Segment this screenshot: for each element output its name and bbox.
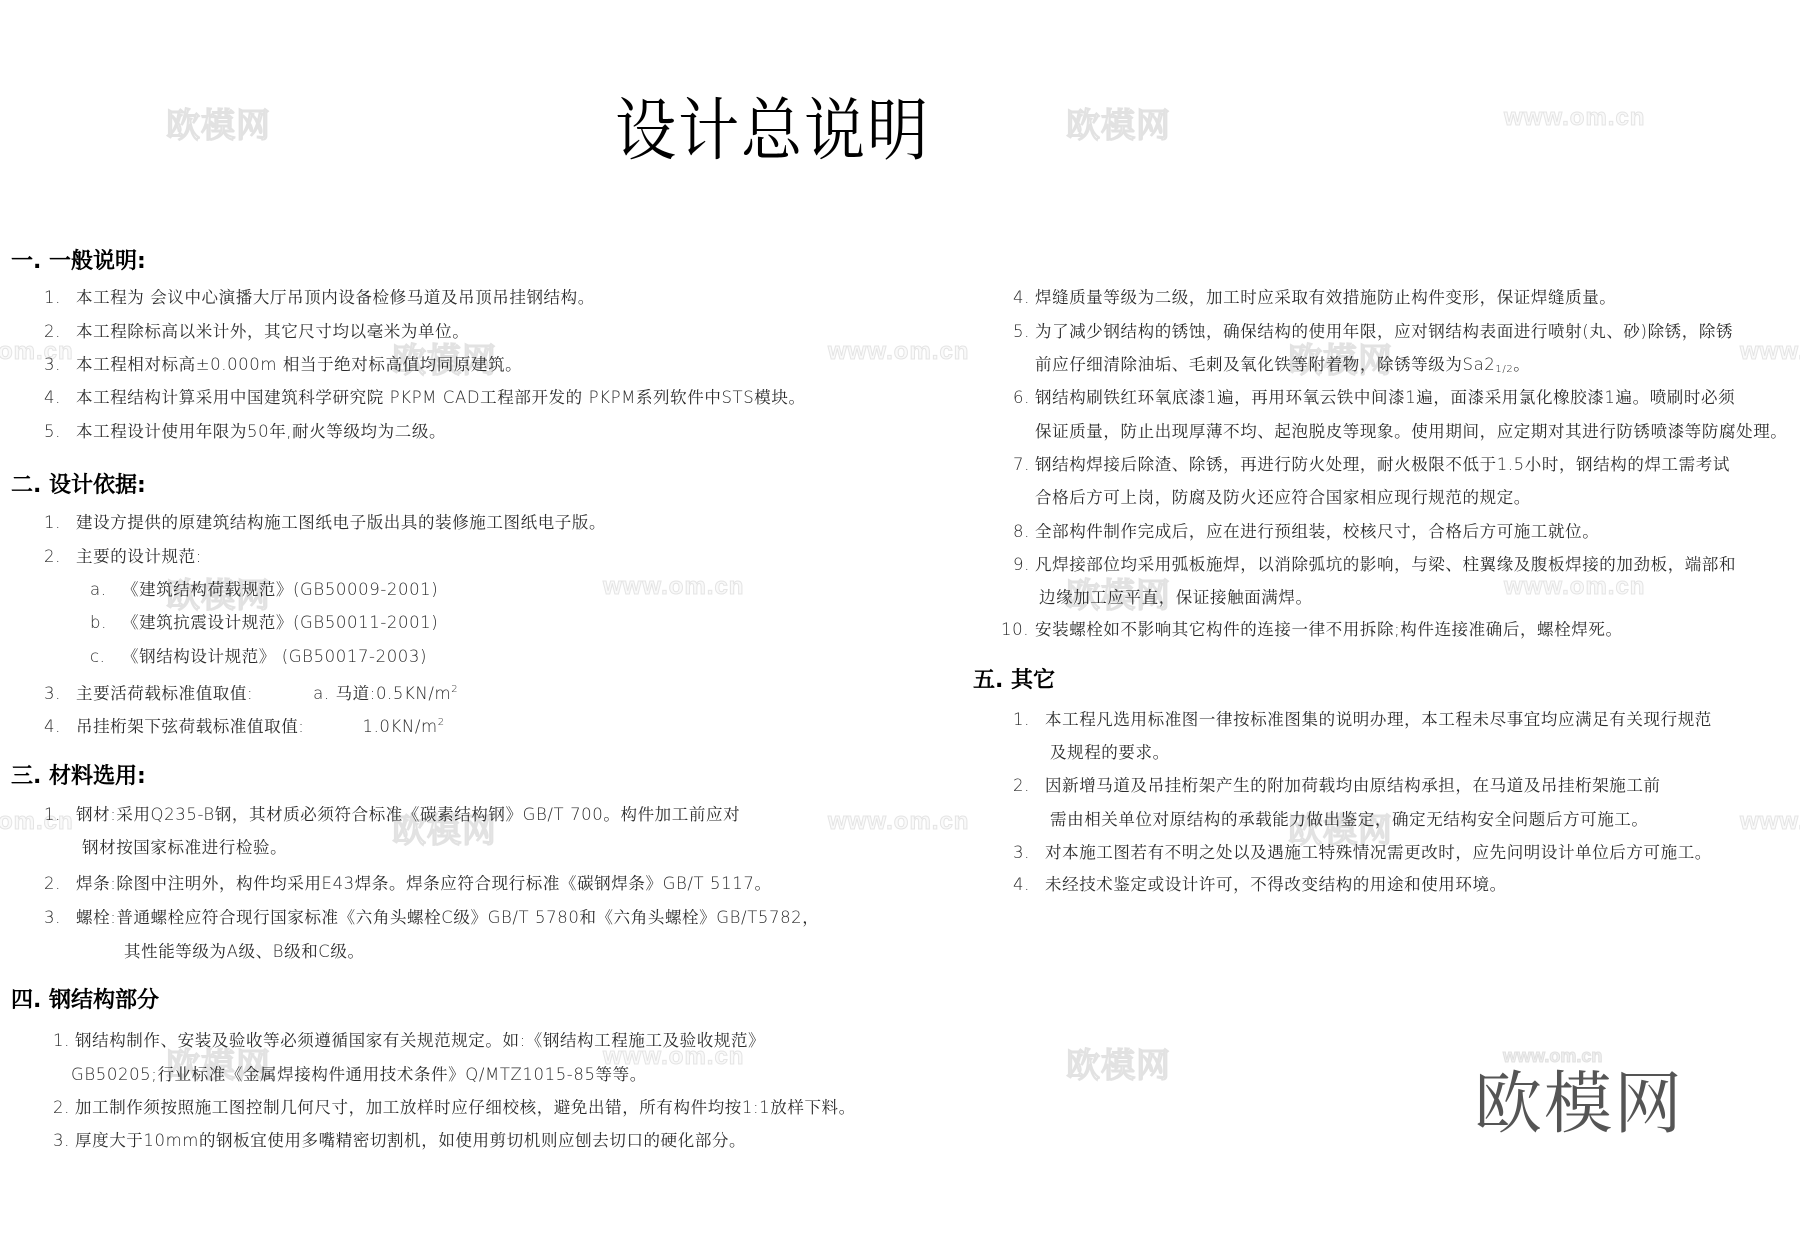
watermark-brand: 欧模网 — [1066, 98, 1171, 147]
watermark-url: www. — [1740, 808, 1800, 836]
list-item-code: c.《钢结构设计规范》 (GB50017-2003) — [90, 646, 427, 668]
brand-logo: 欧模网 — [1474, 1066, 1684, 1144]
list-item-continuation: GB50205;行业标准《金属焊接构件通用技术条件》Q/MTZ1015-85等等… — [71, 1064, 647, 1086]
watermark-url: www. — [1740, 338, 1800, 366]
watermark-url: www.om.cn — [828, 338, 969, 366]
list-item: 9.凡焊接部位均采用弧板施焊，以消除弧坑的影响，与梁、柱翼缘及腹板焊接的加劲板，… — [1013, 554, 1736, 576]
list-item: 5.为了减少钢结构的锈蚀，确保结构的使用年限，应对钢结构表面进行喷射(丸、砂)除… — [1013, 321, 1733, 343]
list-item-continuation: 需由相关单位对原结构的承载能力做出鉴定，确定无结构安全问题后方可施工。 — [1050, 809, 1649, 831]
list-item: 1.本工程为 会议中心演播大厅吊顶内设备检修马道及吊顶吊挂钢结构。 — [44, 287, 595, 309]
list-item: 3.对本施工图若有不明之处以及遇施工特殊情况需更改时，应先问明设计单位后方可施工… — [1013, 842, 1712, 864]
section-heading-general: 一. 一般说明: — [11, 248, 146, 276]
list-item: 3.螺栓:普通螺栓应符合现行国家标准《六角头螺栓C级》GB/T 5780和《六角… — [44, 907, 819, 929]
list-item: 1.建设方提供的原建筑结构施工图纸电子版出具的装修施工图纸电子版。 — [44, 512, 606, 534]
list-item: 2.主要的设计规范: — [44, 546, 202, 568]
list-item: 7.钢结构焊接后除渣、除锈，再进行防火处理，耐火极限不低于1.5小时，钢结构的焊… — [1013, 454, 1730, 476]
list-item: 4.未经技术鉴定或设计许可，不得改变结构的用途和使用环境。 — [1013, 874, 1507, 896]
list-item: 4.本工程结构计算采用中国建筑科学研究院 PKPM CAD工程部开发的 PKPM… — [44, 387, 806, 409]
list-item-continuation: 保证质量，防止出现厚薄不均、起泡脱皮等现象。使用期间，应定期对其进行防锈喷漆等防… — [1035, 421, 1787, 443]
watermark-brand: 欧模网 — [1066, 1038, 1171, 1087]
section-heading-materials: 三. 材料选用: — [11, 763, 146, 791]
section-heading-basis: 二. 设计依据: — [11, 472, 146, 500]
list-item: 1.钢结构制作、安装及验收等必须遵循国家有关规范规定。如:《钢结构工程施工及验收… — [53, 1030, 765, 1052]
watermark-url: www.om.cn — [1504, 573, 1645, 601]
list-item-code: a.《建筑结构荷载规范》(GB50009-2001) — [90, 579, 438, 601]
list-item: 4.焊缝质量等级为二级，加工时应采取有效措施防止构件变形，保证焊缝质量。 — [1013, 287, 1616, 309]
list-item-continuation: 边缘加工应平直，保证接触面满焊。 — [1039, 587, 1313, 609]
list-item: 3.主要活荷载标准值取值:a. 马道:0.5KN/m2 — [44, 679, 458, 705]
list-item: 1.钢材:采用Q235-B钢，其材质必须符合标准《碳素结构钢》GB/T 700。… — [44, 804, 740, 826]
list-item-continuation: 合格后方可上岗，防腐及防火还应符合国家相应现行规范的规定。 — [1035, 487, 1531, 509]
watermark-url: www.om.cn — [603, 573, 744, 601]
section-heading-other: 五. 其它 — [973, 667, 1055, 695]
list-item-continuation: 其性能等级为A级、B级和C级。 — [124, 941, 365, 963]
page-title: 设计总说明 — [615, 90, 930, 174]
list-item: 2.焊条:除图中注明外，构件均采用E43焊条。焊条应符合现行标准《碳钢焊条》GB… — [44, 873, 772, 895]
watermark-url: www.om.cn — [1504, 104, 1645, 132]
list-item: 8.全部构件制作完成后，应在进行预组装，校核尺寸，合格后方可施工就位。 — [1013, 521, 1599, 543]
list-item: 3.厚度大于10mm的钢板宜使用多嘴精密切割机，如使用剪切机则应刨去切口的硬化部… — [53, 1130, 746, 1152]
list-item-code: b.《建筑抗震设计规范》(GB50011-2001) — [90, 612, 438, 634]
list-item: 2.加工制作须按照施工图控制几何尺寸，加工放样时应仔细校核，避免出错，所有构件均… — [53, 1097, 856, 1119]
section-heading-steel: 四. 钢结构部分 — [11, 987, 159, 1015]
list-item: 3.本工程相对标高±0.000m 相当于绝对标高值均同原建筑。 — [44, 354, 522, 376]
list-item-continuation: 钢材按国家标准进行检验。 — [82, 837, 287, 859]
list-item: 2.因新增马道及吊挂桁架产生的附加荷载均由原结构承担，在马道及吊挂桁架施工前 — [1013, 775, 1661, 797]
list-item-continuation: 前应仔细清除油垢、毛刺及氧化铁等附着物，除锈等级为Sa21/2。 — [1035, 354, 1530, 381]
list-item: 4.吊挂桁架下弦荷载标准值取值:1.0KN/m2 — [44, 712, 445, 738]
list-item: 6.钢结构刷铁红环氧底漆1遍，再用环氧云铁中间漆1遍，面漆采用氯化橡胶漆1遍。喷… — [1013, 387, 1735, 409]
list-item-continuation: 及规程的要求。 — [1050, 742, 1170, 764]
watermark-brand: 欧模网 — [166, 98, 271, 147]
list-item: 1.本工程凡选用标准图一律按标准图集的说明办理，本工程未尽事宜均应满足有关现行规… — [1013, 709, 1712, 731]
list-item: 10.安装螺栓如不影响其它构件的连接一律不用拆除;构件连接准确后，螺栓焊死。 — [1001, 619, 1623, 641]
list-item: 2.本工程除标高以米计外，其它尺寸均以毫米为单位。 — [44, 321, 469, 343]
watermark-url: www.om.cn — [828, 808, 969, 836]
list-item: 5.本工程设计使用年限为50年,耐火等级均为二级。 — [44, 421, 446, 443]
logo-url: www.om.cn — [1503, 1046, 1602, 1067]
